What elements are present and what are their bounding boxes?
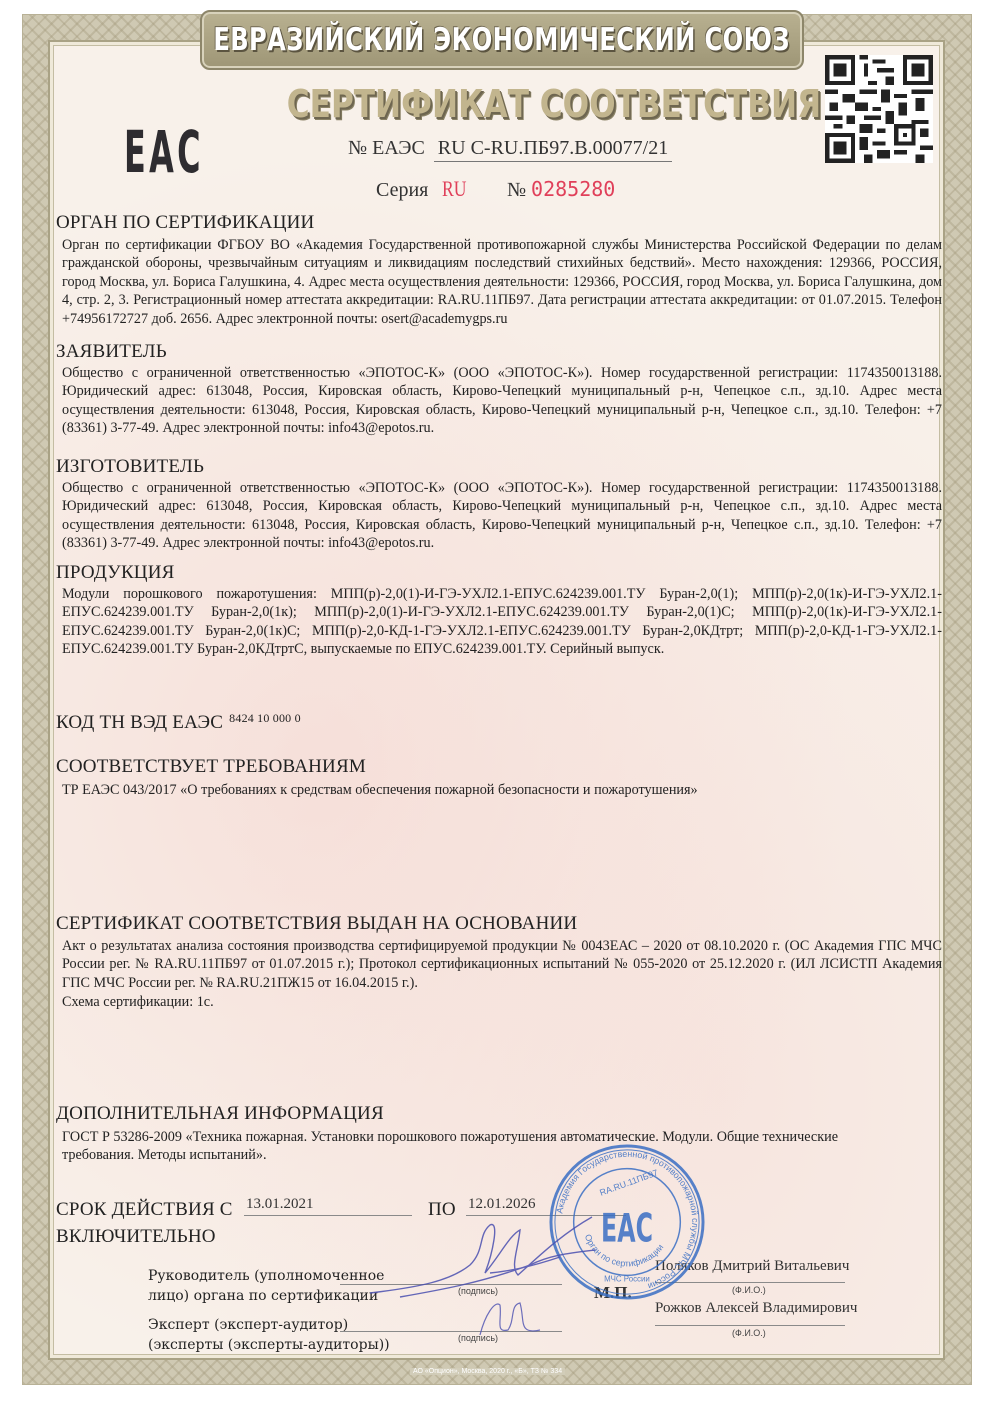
svg-text:EAC: EAC [601, 1205, 653, 1251]
applicant-text: Общество с ограниченной ответственностью… [62, 364, 942, 438]
expert-label: Эксперт (эксперт-аудитор) (эксперты (экс… [148, 1315, 390, 1355]
product-text: Модули порошкового пожаротушения: МПП(р)… [62, 585, 942, 659]
validity-inclusive-label: ВКЛЮЧИТЕЛЬНО [56, 1226, 216, 1248]
certificate-title: СЕРТИФИКАТ СООТВЕТСТВИЯ [287, 82, 713, 126]
expert-fio-caption: (Ф.И.О.) [732, 1328, 766, 1338]
registration-prefix: № ЕАЭС [348, 137, 425, 159]
validity-from-date: 13.01.2021 [246, 1196, 314, 1213]
section-heading-basis: СЕРТИФИКАТ СООТВЕТСТВИЯ ВЫДАН НА ОСНОВАН… [56, 913, 577, 935]
series-label: Серия [376, 179, 428, 201]
svg-text:МЧС России: МЧС России [604, 1274, 650, 1283]
union-title: ЕВРАЗИЙСКИЙ ЭКОНОМИЧЕСКИЙ СОЮЗ [214, 22, 791, 58]
union-banner: ЕВРАЗИЙСКИЙ ЭКОНОМИЧЕСКИЙ СОЮЗ [200, 10, 804, 70]
registration-number: RU C-RU.ПБ97.В.00077/21 [434, 137, 672, 162]
tnved-code: 8424 10 000 0 [229, 711, 301, 725]
series-row: Серия RU № 0285280 [376, 176, 615, 202]
validity-from-label: СРОК ДЕЙСТВИЯ С [56, 1199, 233, 1221]
section-heading-tnved: КОД ТН ВЭД ЕАЭС [56, 712, 223, 733]
printer-imprint: АО «Опцион», Москва, 2020 г., «Б», ТЗ № … [410, 1368, 565, 1375]
certification-scheme: Схема сертификации: 1с. [62, 993, 942, 1011]
head-fio-caption: (Ф.И.О.) [732, 1285, 766, 1295]
tnved-row: КОД ТН ВЭД ЕАЭС8424 10 000 0 [56, 711, 301, 734]
additional-text: ГОСТ Р 53286-2009 «Техника пожарная. Уст… [62, 1128, 902, 1165]
manufacturer-text: Общество с ограниченной ответственностью… [62, 479, 942, 553]
number-label: № [507, 179, 526, 201]
certification-body-text: Орган по сертификации ФГБОУ ВО «Академия… [62, 236, 942, 328]
section-heading-requirements: СООТВЕТСТВУЕТ ТРЕБОВАНИЯМ [56, 756, 366, 778]
series-value: RU [442, 176, 466, 202]
eac-logo-icon: EAC [124, 118, 204, 186]
section-heading-applicant: ЗАЯВИТЕЛЬ [56, 341, 167, 363]
handwritten-signature-icon [360, 1195, 600, 1345]
head-label: Руководитель (уполномоченное лицо) орган… [148, 1266, 384, 1306]
qr-code-icon [825, 55, 933, 163]
requirements-text: ТР ЕАЭС 043/2017 «О требованиях к средст… [62, 781, 942, 799]
basis-text: Акт о результатах анализа состояния прои… [62, 937, 942, 992]
registration-number-row: № ЕАЭС RU C-RU.ПБ97.В.00077/21 [348, 137, 672, 162]
expert-name: Рожков Алексей Владимирович [655, 1300, 857, 1317]
section-heading-certification-body: ОРГАН ПО СЕРТИФИКАЦИИ [56, 212, 314, 234]
expert-fio-line [655, 1325, 845, 1326]
section-heading-product: ПРОДУКЦИЯ [56, 562, 175, 584]
section-heading-manufacturer: ИЗГОТОВИТЕЛЬ [56, 456, 204, 478]
blank-number: 0285280 [531, 177, 615, 201]
section-heading-additional: ДОПОЛНИТЕЛЬНАЯ ИНФОРМАЦИЯ [56, 1103, 384, 1125]
